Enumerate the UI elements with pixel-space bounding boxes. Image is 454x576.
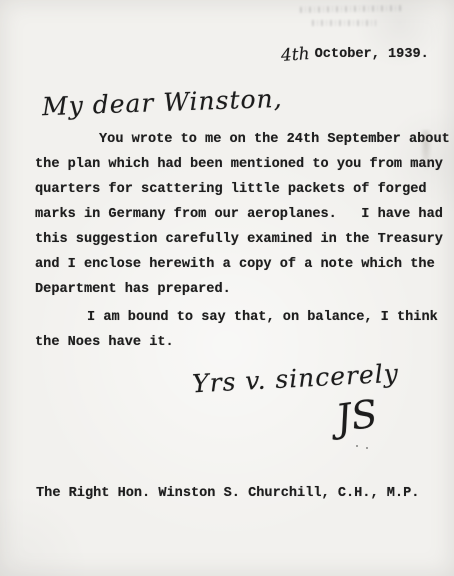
typed-line: marks in Germany from our aeroplanes. I … [35,202,450,227]
paragraph-1: You wrote to me on the 24th September ab… [35,127,450,302]
salutation-handwritten: My dear Winston, [42,84,283,121]
typed-line: the plan which had been mentioned to you… [35,152,450,177]
faint-stamp-mark [312,20,376,26]
date-line: 4th October, 1939. [281,45,429,65]
recipient-line: The Right Hon. Winston S. Churchill, C.H… [36,486,419,501]
typed-date: October, 1939. [315,45,429,62]
signature-initials: JS [333,391,380,440]
scan-smudge [420,130,432,172]
typed-line: and I enclose herewith a copy of a note … [35,252,450,277]
faint-stamp-mark [300,5,402,13]
typed-line: I am bound to say that, on balance, I th… [35,305,438,330]
scanned-letter-page: 4th October, 1939. My dear Winston, You … [0,0,454,576]
typed-line: Department has prepared. [35,277,450,302]
handwritten-day: 4th [280,44,310,66]
ink-dots [356,445,370,449]
paragraph-2: I am bound to say that, on balance, I th… [35,305,438,355]
typed-line: this suggestion carefully examined in th… [35,227,450,252]
typed-line: the Noes have it. [35,330,438,355]
typed-line: quarters for scattering little packets o… [35,177,450,202]
typed-line: You wrote to me on the 24th September ab… [35,127,450,152]
